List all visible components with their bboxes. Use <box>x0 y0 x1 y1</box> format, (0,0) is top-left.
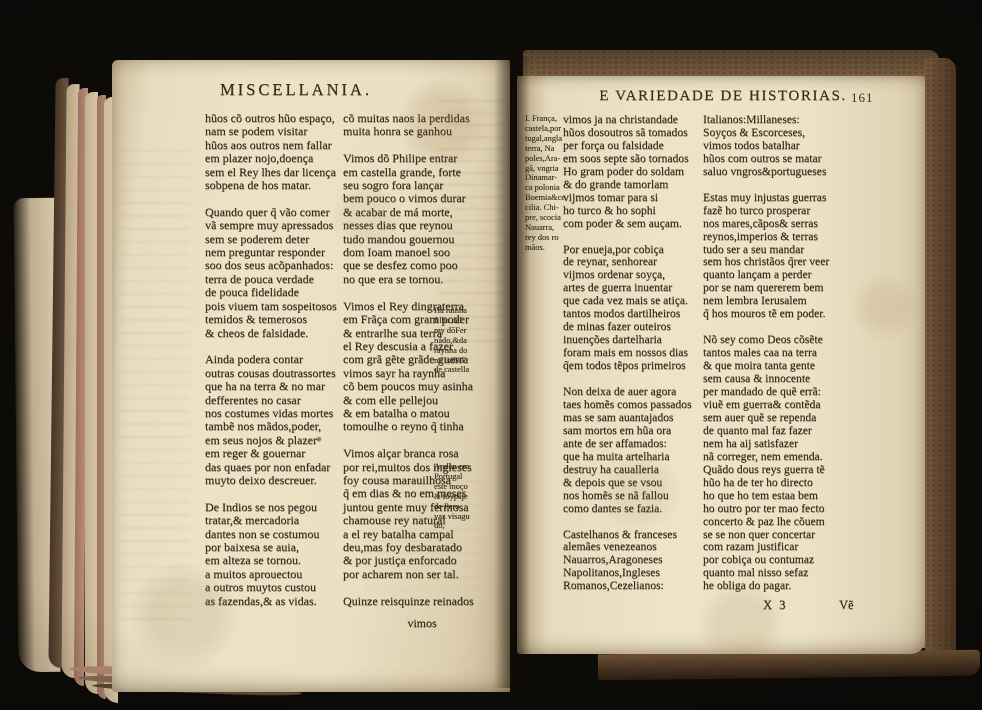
margin-note-moco: Andou emPortugaleste moço& foypajede Per… <box>434 462 502 531</box>
text-line: ho turco & ho sophi <box>563 205 715 218</box>
text-line: & do grande tamorlam <box>563 179 715 192</box>
text-line <box>343 139 501 152</box>
text-line: nos costumes vidas mortes <box>205 407 345 420</box>
text-line: ho que ho tem estaa bem <box>703 490 867 503</box>
text-line: outras cousas doutrassortes <box>205 367 345 380</box>
text-line: em soos septe são tornados <box>563 153 715 166</box>
text-line: por acharem non ser tal. <box>343 568 501 581</box>
text-line: terra de pouca verdade <box>205 273 345 286</box>
text-line: nos homẽs se nã fallou <box>563 490 715 503</box>
text-line: nos mares,cãpos& serras <box>703 218 867 231</box>
text-line: & acabar de má morte, <box>343 206 501 219</box>
text-line: De Indios se nos pegou <box>205 501 345 514</box>
text-line: a outros muytos custou <box>205 581 345 594</box>
text-line: nem preguntar responder <box>205 246 345 259</box>
left-page-column-1: hũos cõ outros hũo espaço,nam se podem v… <box>205 112 345 608</box>
text-line: Estas muy injustas guerras <box>703 192 867 205</box>
text-line: Soyços & Escorceses, <box>703 127 867 140</box>
text-line: tratar,& mercadoria <box>205 514 345 527</box>
text-line: raynha do <box>434 346 502 356</box>
text-line: do, <box>434 521 502 531</box>
text-line: he obliga do pagar. <box>703 580 867 593</box>
text-line: em reger & gouernar <box>205 447 345 460</box>
text-line: de Pero <box>434 502 502 512</box>
text-line: Ha rainha <box>434 306 502 316</box>
text-line: que se desfez como poo <box>343 259 501 272</box>
text-line: tomoulhe o reyno q̃ tinha <box>343 420 501 433</box>
text-line: sem se poderem deter <box>205 233 345 246</box>
text-line: Quãdo dous reys guerra tẽ <box>703 464 867 477</box>
text-line: sem auer quẽ se rependa <box>703 412 867 425</box>
text-line: vimos ja na christandade <box>563 114 715 127</box>
text-line: por baixesa se auia, <box>205 541 345 554</box>
text-line: Vimos alçar branca rosa <box>343 447 501 460</box>
text-line: bem pouco o vimos durar <box>343 192 501 205</box>
text-line: ho outro por ter mao fecto <box>703 503 867 516</box>
text-line: tambẽ nos mãdos,poder, <box>205 420 345 433</box>
text-line: nãdo,&da <box>434 336 502 346</box>
right-page: E VARIEDADE DE HISTORIAS. 161 I. França,… <box>517 76 925 654</box>
text-line: q̃em todos tẽpos primeiros <box>563 360 715 373</box>
text-line: reynos,imperios & terras <box>703 231 867 244</box>
text-line: cõ muitas naos la perdidas <box>343 112 501 125</box>
text-line: em seus nojos & plazer <box>205 434 345 447</box>
text-line: Italianos:Millaneses: <box>703 114 867 127</box>
text-line: & depois que se vsou <box>563 477 715 490</box>
catchword-right: Vẽ <box>839 598 854 613</box>
text-line: vaz visagu <box>434 512 502 522</box>
text-line: no que era se tornou. <box>343 273 501 286</box>
text-line: pois viuem tam sospeitosos <box>205 300 345 313</box>
text-line: muita honra se ganhou <box>343 125 501 138</box>
text-line: vijmos tomar para si <box>563 192 715 205</box>
text-line: per força ou falsidade <box>563 140 715 153</box>
text-line: tudo mandou gouernou <box>343 233 501 246</box>
text-line: sem el Rey lhes dar licença <box>205 166 345 179</box>
book-cover-edge <box>598 650 980 681</box>
text-line <box>205 192 345 205</box>
text-line: viuẽ em guerra& contẽda <box>703 399 867 412</box>
text-line <box>703 179 867 192</box>
text-line: hũos com outros se matar <box>703 153 867 166</box>
text-line: seu sogro fora lançar <box>343 179 501 192</box>
text-line: mas se sam auantajados <box>563 412 715 425</box>
text-line: de castella <box>434 365 502 375</box>
text-line: em alteza se tornou. <box>205 554 345 567</box>
text-line: concerto & paz lhe cõuem <box>703 516 867 529</box>
text-line: Andou em <box>434 462 502 472</box>
text-line: na Isabel <box>434 356 502 366</box>
text-line: hũo ha de ter ho directo <box>703 477 867 490</box>
text-line: & cheos de falsidade. <box>205 327 345 340</box>
text-line: a muitos aprouectou <box>205 568 345 581</box>
text-line: filha del <box>434 316 502 326</box>
text-line: Quando quer q̃ vão comer <box>205 206 345 219</box>
text-line: hũos dosoutros sã tomados <box>563 127 715 140</box>
text-line: das quaes por non enfadar <box>205 461 345 474</box>
text-line: Romanos,Cezelianos: <box>563 580 715 593</box>
text-line: nesses dias que reynou <box>343 219 501 232</box>
text-line: q̃ hos mouros tẽ em poder. <box>703 308 867 321</box>
text-line <box>343 434 501 447</box>
text-line <box>205 340 345 353</box>
text-line: fazẽ ho turco prosperar <box>703 205 867 218</box>
text-line <box>563 231 715 244</box>
text-line: temidos & temerosos <box>205 313 345 326</box>
text-line: Vimos dõ Philipe entrar <box>343 152 501 165</box>
text-line: sam mortos em hũa ora <box>563 425 715 438</box>
right-page-column-1: vimos ja na christandadehũos dosoutros s… <box>563 114 715 593</box>
text-line: & por justiça enforcado <box>343 554 501 567</box>
show-through <box>120 150 190 620</box>
text-line: defferentes no casar <box>205 394 345 407</box>
text-line: soo dos seus acõpanhados: <box>205 259 345 272</box>
text-line: destruy ha caualleria <box>563 464 715 477</box>
text-line <box>563 516 715 529</box>
text-line: & foypaje <box>434 492 502 502</box>
text-line <box>343 581 501 594</box>
page-number: 161 <box>851 90 903 106</box>
running-title-right: E VARIEDADE DE HISTORIAS. <box>545 88 901 105</box>
text-line: em plazer nojo,doença <box>205 152 345 165</box>
text-line: vã sempre muy apressados <box>205 219 345 232</box>
text-line <box>205 487 345 500</box>
text-line: Ho gram poder do soldam <box>563 166 715 179</box>
catchword-left: vimos <box>343 616 501 631</box>
text-line: hũos cõ outros hũo espaço, <box>205 112 345 125</box>
signature-mark: X 3 <box>763 598 787 613</box>
text-line: as fazendas,& as vidas. <box>205 595 345 608</box>
text-line: saluo vngros&portugueses <box>703 166 867 179</box>
text-line: dom Ioam manoel soo <box>343 246 501 259</box>
text-line: taes homẽs comos passados <box>563 399 715 412</box>
text-line: Ainda podera contar <box>205 353 345 366</box>
text-line: Portugal <box>434 472 502 482</box>
right-page-fore-edge <box>925 58 956 664</box>
right-page-column-2: Italianos:Millaneses:Soyços & Escorceses… <box>703 114 867 593</box>
text-line: nam se podem visitar <box>205 125 345 138</box>
text-line: este moço <box>434 482 502 492</box>
text-line: dantes non se costumou <box>205 528 345 541</box>
text-line: de pouca fidelidade <box>205 286 345 299</box>
left-page: MISCELLANIA. hũos cõ outros hũo espaço,n… <box>112 60 510 692</box>
text-line: em castella grande, forte <box>343 166 501 179</box>
text-line: sobpena de hos matar. <box>205 179 345 192</box>
text-line: cõ bem poucos muy asinha <box>343 380 501 393</box>
text-line: de quanto mal faz fazer <box>703 425 867 438</box>
text-line: com poder & sem auçam. <box>563 218 715 231</box>
text-line: vimos todos batalhar <box>703 140 867 153</box>
text-line: Quinze reisquinze reinados <box>343 595 501 608</box>
text-line: como dantes se fazia. <box>563 503 715 516</box>
text-line: rey dõFer <box>434 326 502 336</box>
text-line: nem ha aij satisfazer <box>703 438 867 451</box>
margin-note-rainha: Ha rainhafilha delrey dõFernãdo,&daraynh… <box>434 306 502 375</box>
text-line: deu,mas foy desbaratado <box>343 541 501 554</box>
text-line: & em batalha o matou <box>343 407 501 420</box>
text-line: nã correger, nem emenda. <box>703 451 867 464</box>
text-line: que ha na terra & no mar <box>205 380 345 393</box>
running-title-left: MISCELLANIA. <box>112 80 480 100</box>
text-line: ante de ser affamados: <box>563 438 715 451</box>
text-line: & com elle pellejou <box>343 394 501 407</box>
text-line: hũos aos outros nem fallar <box>205 139 345 152</box>
book-photo: MISCELLANIA. hũos cõ outros hũo espaço,n… <box>0 0 982 710</box>
text-line <box>343 286 501 299</box>
text-line: que ha muita artelharia <box>563 451 715 464</box>
text-line: muyto deixo descreuer. <box>205 474 345 487</box>
